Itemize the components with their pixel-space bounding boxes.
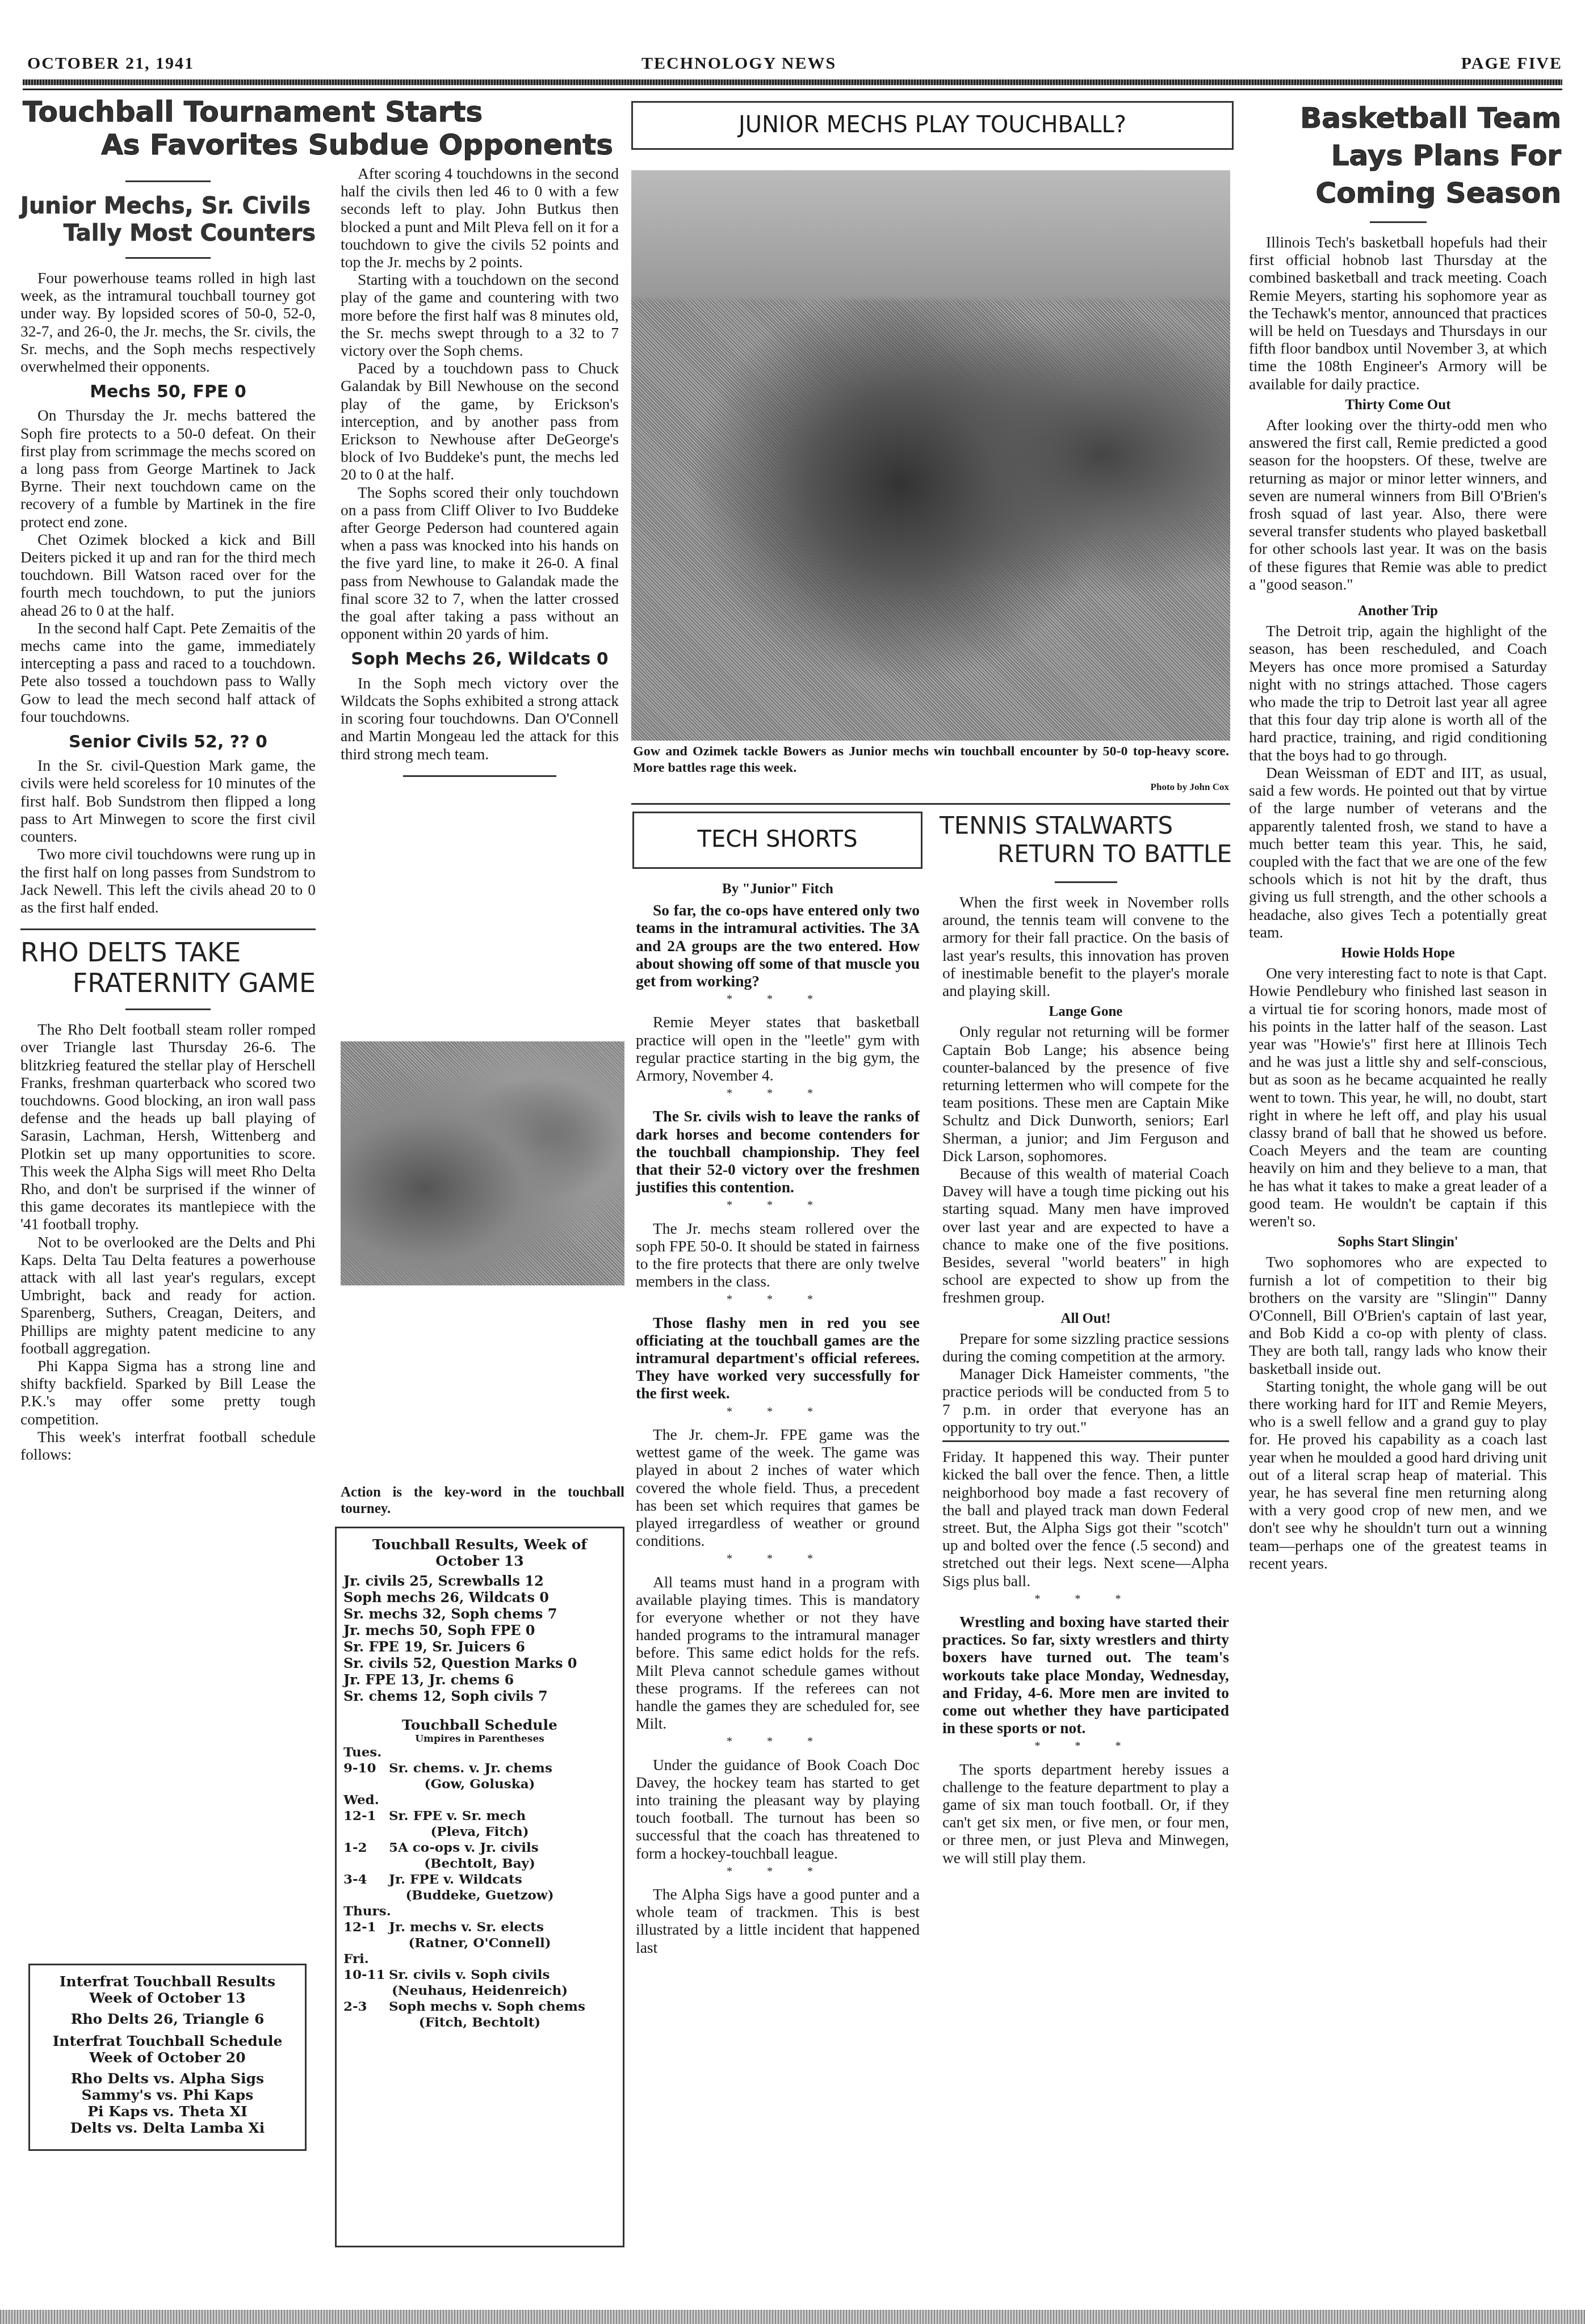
divider [125,1008,211,1010]
column-5: Illinois Tech's basketball hopefuls had … [1249,221,1547,1572]
game-umpires: (Buddeke, Guetzow) [343,1888,616,1903]
separator: * * * [636,1197,920,1214]
byline: By "Junior" Fitch [636,880,920,898]
article-paragraph: Two sophomores who are expected to furni… [1249,1253,1547,1377]
result-row: Sr. mechs 32, Soph chems 7 [343,1606,616,1622]
section-heading: Howie Holds Hope [1249,944,1547,962]
short-item: Friday. It happened this way. Their punt… [942,1448,1229,1590]
divider [1055,881,1117,883]
article-paragraph: Prepare for some sizzling practice sessi… [942,1330,1229,1365]
column-3: By "Junior" Fitch So far, the co-ops hav… [636,877,920,1956]
tennis-headline: TENNIS STALWARTS RETURN TO BATTLE [940,812,1232,868]
article-paragraph: The Rho Delt football steam roller rompe… [20,1020,316,1233]
result-row: Jr. FPE 13, Jr. chems 6 [343,1671,616,1688]
article-paragraph: In the second half Capt. Pete Zemaitis o… [20,619,316,725]
interfrat-box: Interfrat Touchball Results Week of Octo… [28,1964,307,2151]
issue-date: OCTOBER 21, 1941 [27,54,194,73]
result-row: Jr. mechs 50, Soph FPE 0 [343,1622,616,1638]
short-item: All teams must hand in a program with av… [636,1573,920,1733]
game-time: 12-1 [343,1919,389,1935]
separator: * * * [636,1403,920,1421]
interfrat-schedule-week: Week of October 20 [35,2049,300,2066]
section-heading: Lange Gone [942,1003,1229,1020]
headline-line-2: As Favorites Subdue Opponents [23,128,613,161]
article-paragraph: Four powerhouse teams rolled in high las… [20,269,316,375]
action-photo-caption: Action is the key-word in the touchball … [341,1484,624,1517]
page-number: PAGE FIVE [1461,54,1562,73]
short-item: The Jr. mechs steam rollered over the so… [636,1220,920,1291]
section-heading: Thirty Come Out [1249,396,1547,414]
short-item: Under the guidance of Book Coach Doc Dav… [636,1756,920,1862]
masthead: OCTOBER 21, 1941 TECHNOLOGY NEWS PAGE FI… [23,54,1562,82]
article-paragraph: Phi Kappa Sigma has a strong line and sh… [20,1357,316,1428]
tech-shorts-headline: TECH SHORTS [697,826,857,852]
touchball-headline: Touchball Tournament Starts As Favorites… [23,95,613,161]
short-item: Remie Meyer states that basketball pract… [636,1013,920,1084]
game-match: Jr. mechs v. Sr. elects [389,1919,544,1935]
interfrat-schedule-title: Interfrat Touchball Schedule [35,2033,300,2049]
separator: * * * [636,1733,920,1751]
interfrat-result: Rho Delts 26, Triangle 6 [35,2011,300,2027]
article-paragraph: After scoring 4 touchdowns in the second… [341,165,619,271]
schedule-game: 12-1Jr. mechs v. Sr. elects [343,1919,616,1935]
article-paragraph: Dean Weissman of EDT and IIT, as usual, … [1249,764,1547,941]
headline-line-2: RETURN TO BATTLE [940,840,1232,868]
article-paragraph: The Detroit trip, again the highlight of… [1249,622,1547,764]
section-heading: Mechs 50, FPE 0 [20,383,316,401]
game-umpires: (Fitch, Bechtolt) [343,2015,616,2031]
short-item: The sports department hereby issues a ch… [942,1760,1229,1867]
basketball-headline: Basketball Team Lays Plans For Coming Se… [1249,99,1561,212]
short-item: Those flashy men in red you see officiat… [636,1314,920,1402]
section-heading: Another Trip [1249,602,1547,620]
article-paragraph: After looking over the thirty-odd men wh… [1249,416,1547,593]
section-heading: All Out! [942,1310,1229,1327]
column-4: When the first week in November rolls ar… [942,871,1229,1867]
article-paragraph: The Sophs scored their only touchdown on… [341,484,619,643]
masthead-rule-thin [23,89,1562,90]
main-photo-caption: Gow and Ozimek tackle Bowers as Junior m… [633,743,1229,776]
article-paragraph: Two more civil touchdowns were rung up i… [20,845,316,916]
headline-line-1: TENNIS STALWARTS [940,812,1232,840]
result-row: Sr. FPE 19, Sr. Juicers 6 [343,1638,616,1655]
article-paragraph: Starting tonight, the whole gang will be… [1249,1377,1547,1572]
game-umpires: (Gow, Goluska) [343,1776,616,1792]
game-time: 2-3 [343,1999,389,2015]
article-paragraph: Only regular not returning will be forme… [942,1023,1229,1165]
game-match: 5A co-ops v. Jr. civils [389,1840,539,1856]
separator: * * * [942,1591,1229,1608]
divider [125,257,211,259]
rho-delts-headline: RHO DELTS TAKE FRATERNITY GAME [20,937,316,998]
short-item: The Jr. chem-Jr. FPE game was the wettes… [636,1426,920,1549]
result-row: Jr. civils 25, Screwballs 12 [343,1573,616,1589]
subheadline-line-1: Junior Mechs, Sr. Civils [20,192,316,220]
article-paragraph: In the Soph mech victory over the Wildca… [341,674,619,763]
section-heading: Sophs Start Slingin' [1249,1233,1547,1251]
divider [631,803,1230,805]
photo-credit: Photo by John Cox [633,779,1229,795]
headline-line-2: Lays Plans For [1249,137,1561,174]
article-paragraph: When the first week in November rolls ar… [942,893,1229,999]
column-1: Junior Mechs, Sr. Civils Tally Most Coun… [20,170,316,1463]
result-row: Soph mechs 26, Wildcats 0 [343,1589,616,1606]
main-photo-headline-box: JUNIOR MECHS PLAY TOUCHBALL? [631,101,1234,150]
headline-line-3: Coming Season [1249,174,1561,212]
article-paragraph: Manager Dick Hameister comments, "the pr… [942,1365,1229,1436]
separator: * * * [942,1738,1229,1755]
main-photo [631,170,1230,741]
interfrat-results-week: Week of October 13 [35,1990,300,2006]
interfrat-game: Delts vs. Delta Lamba Xi [35,2120,300,2136]
game-match: Sr. chems. v. Jr. chems [389,1760,552,1776]
results-title: October 13 [343,1553,616,1569]
divider [20,928,316,930]
short-item: The Alpha Sigs have a good punter and a … [636,1885,920,1956]
game-time: 9-10 [343,1760,389,1776]
scan-edge [0,2310,1585,2324]
article-paragraph: Starting with a touchdown on the second … [341,271,619,359]
divider [942,1440,1229,1442]
game-match: Soph mechs v. Soph chems [389,1999,585,2015]
schedule-day: Thurs. [343,1903,616,1919]
game-umpires: (Pleva, Fitch) [343,1824,616,1840]
article-paragraph: This week's interfrat football schedule … [20,1428,316,1463]
schedule-subtitle: Umpires in Parentheses [343,1733,616,1745]
separator: * * * [636,1863,920,1881]
game-umpires: (Bechtolt, Bay) [343,1856,616,1872]
short-item: So far, the co-ops have entered only two… [636,901,920,990]
section-heading: Soph Mechs 26, Wildcats 0 [341,650,619,668]
schedule-game: 12-1Sr. FPE v. Sr. mech [343,1808,616,1824]
results-title: Touchball Results, Week of [343,1536,616,1553]
game-time: 12-1 [343,1808,389,1824]
masthead-rule [23,79,1562,85]
schedule-game: 9-10Sr. chems. v. Jr. chems [343,1760,616,1776]
game-umpires: (Neuhaus, Heidenreich) [343,1983,616,1999]
interfrat-results-title: Interfrat Touchball Results [35,1973,300,1990]
publication-name: TECHNOLOGY NEWS [641,54,836,73]
section-heading: Senior Civils 52, ?? 0 [20,733,316,751]
schedule-game: 3-4Jr. FPE v. Wildcats [343,1872,616,1888]
schedule-title: Touchball Schedule [343,1717,616,1733]
divider [1370,221,1427,223]
game-match: Sr. FPE v. Sr. mech [389,1808,526,1824]
article-paragraph: Because of this wealth of material Coach… [942,1165,1229,1306]
article-paragraph: Chet Ozimek blocked a kick and Bill Deit… [20,531,316,619]
separator: * * * [636,1291,920,1309]
action-photo [341,1041,624,1285]
schedule-day: Tues. [343,1745,616,1760]
schedule-day: Fri. [343,1951,616,1967]
separator: * * * [636,1085,920,1103]
interfrat-game: Rho Delts vs. Alpha Sigs [35,2070,300,2087]
interfrat-game: Sammy's vs. Phi Kaps [35,2087,300,2103]
article-paragraph: On Thursday the Jr. mechs battered the S… [20,406,316,530]
headline-line-1: Basketball Team [1249,99,1561,137]
schedule-game: 2-3Soph mechs v. Soph chems [343,1999,616,2015]
game-time: 10-11 [343,1967,389,1983]
headline-line-1: Touchball Tournament Starts [23,95,613,128]
separator: * * * [636,991,920,1008]
tech-shorts-headline-box: TECH SHORTS [632,812,923,869]
divider [403,775,556,777]
game-umpires: (Ratner, O'Connell) [343,1935,616,1951]
interfrat-game: Pi Kaps vs. Theta XI [35,2103,300,2120]
schedule-game: 10-11Sr. civils v. Soph civils [343,1967,616,1983]
game-match: Jr. FPE v. Wildcats [389,1872,522,1888]
separator: * * * [636,1550,920,1568]
article-paragraph: One very interesting fact to note is tha… [1249,964,1547,1230]
game-time: 1-2 [343,1840,389,1856]
column-2: After scoring 4 touchdowns in the second… [341,165,619,789]
article-paragraph: Illinois Tech's basketball hopefuls had … [1249,233,1547,393]
short-item: The Sr. civils wish to leave the ranks o… [636,1107,920,1196]
game-match: Sr. civils v. Soph civils [389,1967,550,1983]
article-paragraph: Paced by a touchdown pass to Chuck Galan… [341,359,619,483]
headline-line-1: RHO DELTS TAKE [20,937,316,968]
headline-line-2: FRATERNITY GAME [20,968,316,998]
result-row: Sr. civils 52, Question Marks 0 [343,1655,616,1671]
schedule-day: Wed. [343,1792,616,1808]
schedule-game: 1-25A co-ops v. Jr. civils [343,1840,616,1856]
touchball-results-box: Touchball Results, Week of October 13 Jr… [335,1527,624,2247]
article-paragraph: In the Sr. civil-Question Mark game, the… [20,757,316,845]
game-time: 3-4 [343,1872,389,1888]
short-item: Wrestling and boxing have started their … [942,1613,1229,1737]
divider [125,180,211,182]
article-paragraph: Not to be overlooked are the Delts and P… [20,1233,316,1357]
main-photo-headline: JUNIOR MECHS PLAY TOUCHBALL? [739,112,1126,138]
subheadline-line-2: Tally Most Counters [20,220,316,247]
result-row: Sr. chems 12, Soph civils 7 [343,1688,616,1704]
